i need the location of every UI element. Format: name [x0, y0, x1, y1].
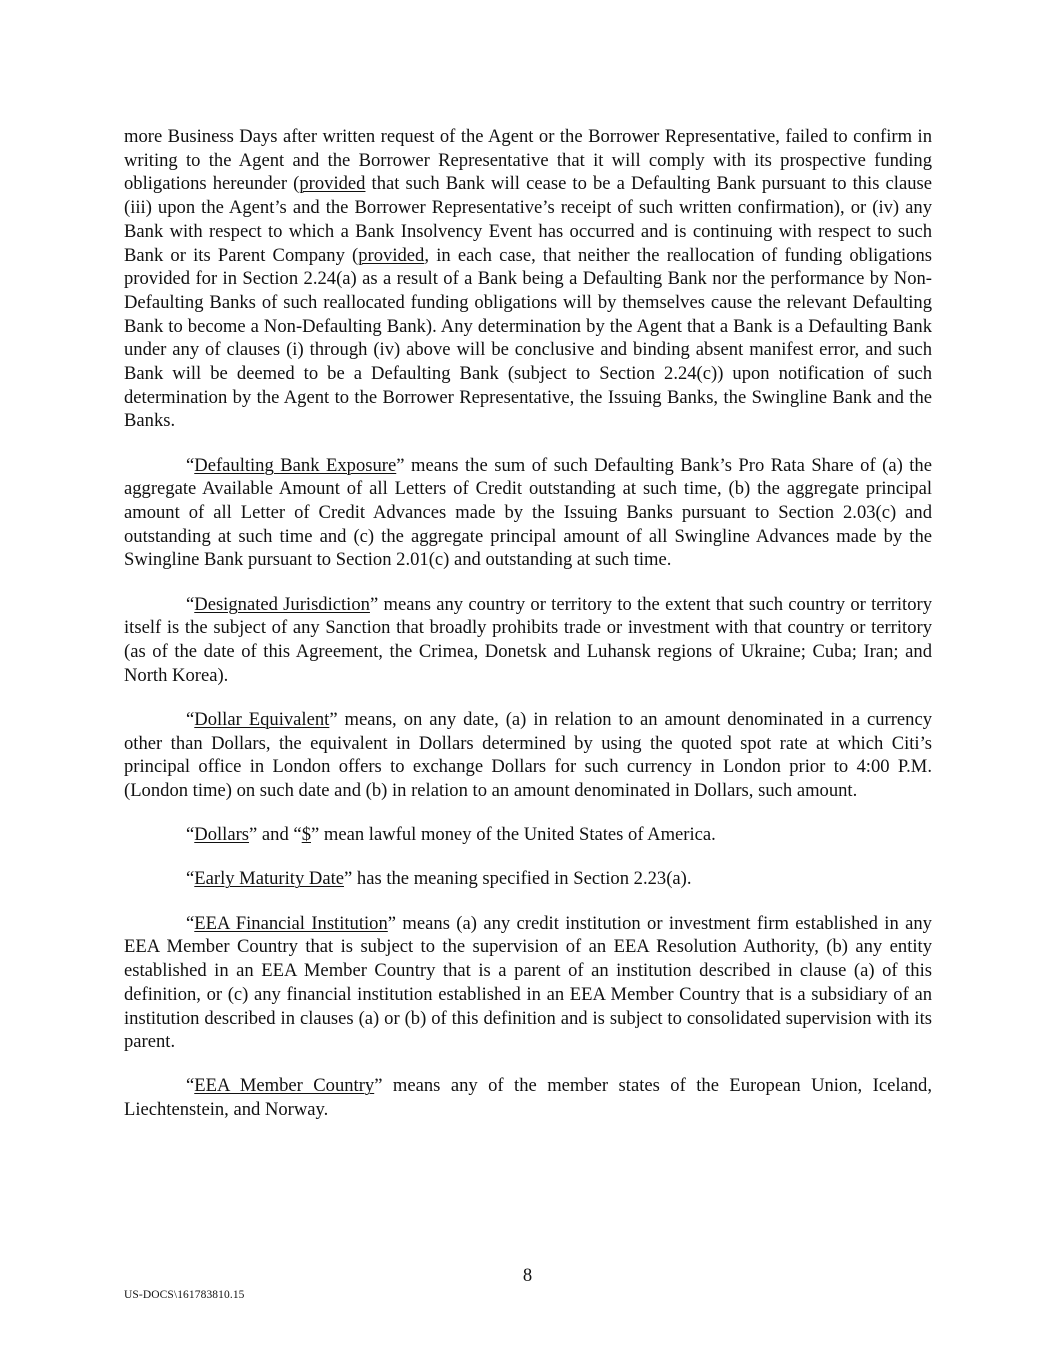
close-quote: ” [388, 913, 396, 934]
connector-text: and “ [257, 824, 301, 845]
defined-term: Dollar Equivalent [194, 709, 329, 730]
close-quote: ” [370, 594, 378, 615]
defined-term: $ [302, 824, 311, 845]
footer-document-id: US-DOCS\161783810.15 [124, 1288, 245, 1302]
defined-term: Designated Jurisdiction [194, 594, 370, 615]
definition-text: has the meaning specified in Section 2.2… [352, 868, 691, 889]
definition-eea-member-country: “EEA Member Country” means any of the me… [124, 1074, 932, 1121]
definition-dollars: “Dollars” and “$” mean lawful money of t… [124, 823, 932, 847]
paragraph-text: , in each case, that neither the realloc… [124, 245, 932, 432]
definition-designated-jurisdiction: “Designated Jurisdiction” means any coun… [124, 593, 932, 688]
close-quote: ” [329, 709, 337, 730]
document-page-body: more Business Days after written request… [124, 125, 932, 1122]
definition-text: mean lawful money of the United States o… [319, 824, 716, 845]
defined-term: Early Maturity Date [194, 868, 344, 889]
close-quote: ” [396, 455, 404, 476]
continuation-paragraph: more Business Days after written request… [124, 125, 932, 433]
close-quote: ” [311, 824, 319, 845]
defined-term: Defaulting Bank Exposure [194, 455, 396, 476]
definition-dollar-equivalent: “Dollar Equivalent” means, on any date, … [124, 708, 932, 803]
definition-eea-financial-institution: “EEA Financial Institution” means (a) an… [124, 912, 932, 1054]
definition-early-maturity-date: “Early Maturity Date” has the meaning sp… [124, 867, 932, 891]
page-number: 8 [0, 1265, 1055, 1287]
definition-defaulting-bank-exposure: “Defaulting Bank Exposure” means the sum… [124, 454, 932, 573]
provided-emphasis: provided [299, 173, 365, 194]
defined-term: EEA Member Country [194, 1075, 374, 1096]
defined-term: Dollars [194, 824, 249, 845]
provided-emphasis: provided [358, 245, 424, 266]
defined-term: EEA Financial Institution [194, 913, 388, 934]
